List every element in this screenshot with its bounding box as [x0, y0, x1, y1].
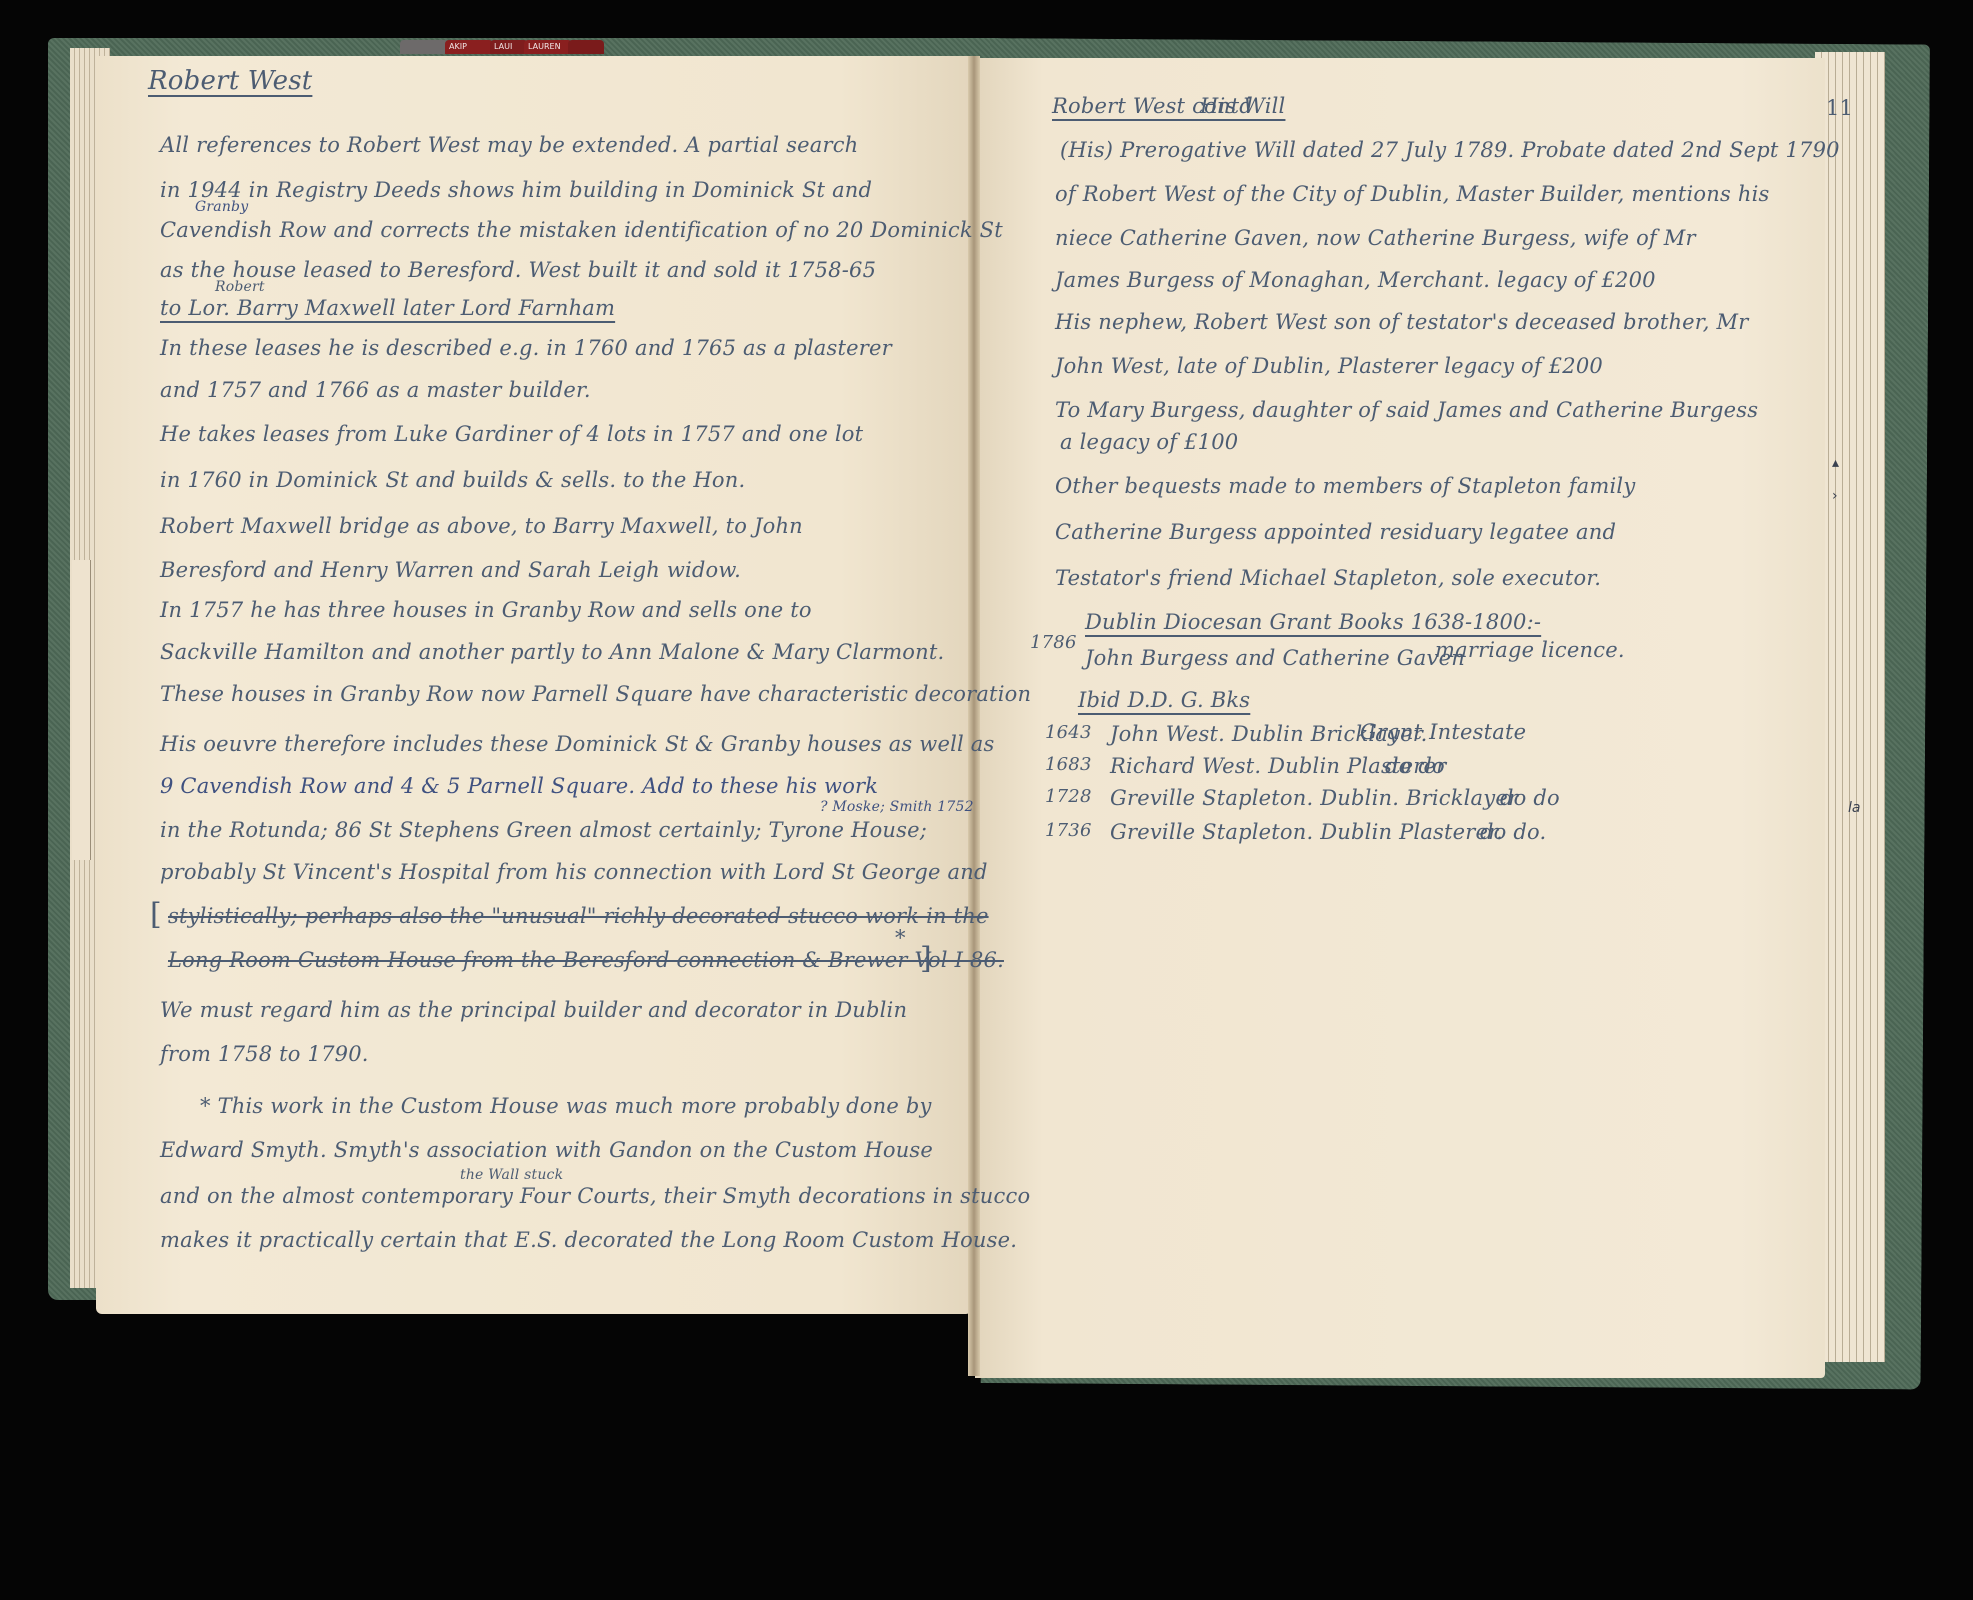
interlinear-wall-stuck: the Wall stuck [460, 1168, 563, 1182]
right-line-9: Other bequests made to members of Staple… [1055, 476, 1635, 497]
entry-2-note: do do [1385, 756, 1445, 777]
entry-3-text: Greville Stapleton. Dublin. Bricklayer [1110, 788, 1518, 809]
left-line-16: 9 Cavendish Row and 4 & 5 Parnell Square… [160, 776, 878, 797]
entry-3-note: do do [1500, 788, 1560, 809]
right-line-8: a legacy of £100 [1060, 432, 1238, 453]
right-line-11: Testator's friend Michael Stapleton, sol… [1055, 568, 1601, 589]
page-number: 11 [1826, 98, 1853, 119]
footnote-asterisk: * [895, 928, 906, 949]
right-line-3: niece Catherine Gaven, now Catherine Bur… [1055, 228, 1696, 249]
footnote-line-4: makes it practically certain that E.S. d… [160, 1230, 1017, 1251]
tab-1[interactable]: AKIP [445, 40, 493, 54]
entry-3-year: 1728 [1045, 788, 1092, 806]
left-line-9: in 1760 in Dominick St and builds & sell… [160, 470, 745, 491]
left-line-5: to Lor. Barry Maxwell later Lord Farnham [160, 298, 615, 319]
entry-2-year: 1683 [1045, 756, 1092, 774]
ibid-line: Ibid D.D. G. Bks [1078, 690, 1250, 711]
footnote-line-3: and on the almost contemporary Four Cour… [160, 1186, 1030, 1207]
left-line-3: Cavendish Row and corrects the mistaken … [160, 220, 1003, 241]
left-line-15: His oeuvre therefore includes these Domi… [160, 734, 995, 755]
left-line-12: In 1757 he has three houses in Granby Ro… [160, 600, 812, 621]
bracket-open: [ [150, 900, 162, 930]
right-page [975, 58, 1825, 1378]
left-line-1: All references to Robert West may be ext… [160, 135, 858, 156]
left-line-6: In these leases he is described e.g. in … [160, 338, 892, 359]
left-line-7: and 1757 and 1766 as a master builder. [160, 380, 591, 401]
right-line-4: James Burgess of Monaghan, Merchant. leg… [1055, 270, 1656, 291]
interlinear-granby: Granby [195, 200, 248, 214]
right-line-7: To Mary Burgess, daughter of said James … [1055, 400, 1758, 421]
entry-4-text: Greville Stapleton. Dublin Plasterer. [1110, 822, 1503, 843]
right-line-6: John West, late of Dublin, Plasterer leg… [1055, 356, 1603, 377]
footnote-line-2: Edward Smyth. Smyth's association with G… [160, 1140, 933, 1161]
marriage-text: John Burgess and Catherine Gaven [1085, 648, 1465, 669]
left-line-8: He takes leases from Luke Gardiner of 4 … [160, 424, 863, 445]
left-line-21: We must regard him as the principal buil… [160, 1000, 907, 1021]
left-line-18: probably St Vincent's Hospital from his … [160, 862, 988, 883]
left-line-20: Long Room Custom House from the Beresfor… [168, 950, 1004, 971]
index-tabs: AKIP LAUI LAUREN [400, 40, 600, 56]
grant-books-heading: Dublin Diocesan Grant Books 1638-1800:- [1085, 612, 1541, 633]
marriage-note: marriage licence. [1435, 640, 1625, 661]
entry-4-note: do do. [1480, 822, 1546, 843]
left-line-13: Sackville Hamilton and another partly to… [160, 642, 944, 663]
left-line-17: in the Rotunda; 86 St Stephens Green alm… [160, 820, 927, 841]
left-page-title: Robert West [148, 68, 312, 94]
left-line-10: Robert Maxwell bridge as above, to Barry… [160, 516, 803, 537]
marginal-date: ? Moske; Smith 1752 [820, 800, 974, 814]
right-line-1: (His) Prerogative Will dated 27 July 178… [1060, 140, 1840, 161]
tab-3[interactable]: LAUREN [524, 40, 572, 54]
tab-2[interactable]: LAUI [490, 40, 528, 54]
footnote-line-1: * This work in the Custom House was much… [200, 1096, 932, 1117]
bracket-close: ] [920, 944, 932, 974]
page-stack-right [1815, 52, 1885, 1362]
margin-mark-1: ▴ [1832, 455, 1839, 471]
right-line-2: of Robert West of the City of Dublin, Ma… [1055, 184, 1769, 205]
book-gutter [968, 56, 980, 1376]
left-line-2: in 1944 in Registry Deeds shows him buil… [160, 180, 872, 201]
index-strip [72, 560, 91, 860]
entry-1-year: 1643 [1045, 724, 1092, 742]
right-line-5: His nephew, Robert West son of testator'… [1055, 312, 1748, 333]
tab-4[interactable] [568, 40, 604, 54]
tab-grey [400, 40, 448, 54]
margin-mark-2: › [1832, 488, 1838, 504]
entry-1-note: Grant Intestate [1360, 722, 1526, 743]
right-line-10: Catherine Burgess appointed residuary le… [1055, 522, 1616, 543]
left-line-22: from 1758 to 1790. [160, 1044, 369, 1065]
interlinear-robert: Robert [215, 280, 265, 294]
marriage-year: 1786 [1030, 634, 1077, 652]
margin-mark-3: la [1848, 800, 1860, 816]
entry-4-year: 1736 [1045, 822, 1092, 840]
left-line-14: These houses in Granby Row now Parnell S… [160, 684, 1031, 705]
left-line-19: stylistically; perhaps also the "unusual… [168, 906, 989, 927]
right-page-subtitle: His Will [1200, 96, 1285, 117]
left-line-4: as the house leased to Beresford. West b… [160, 260, 876, 281]
left-line-11: Beresford and Henry Warren and Sarah Lei… [160, 560, 741, 581]
